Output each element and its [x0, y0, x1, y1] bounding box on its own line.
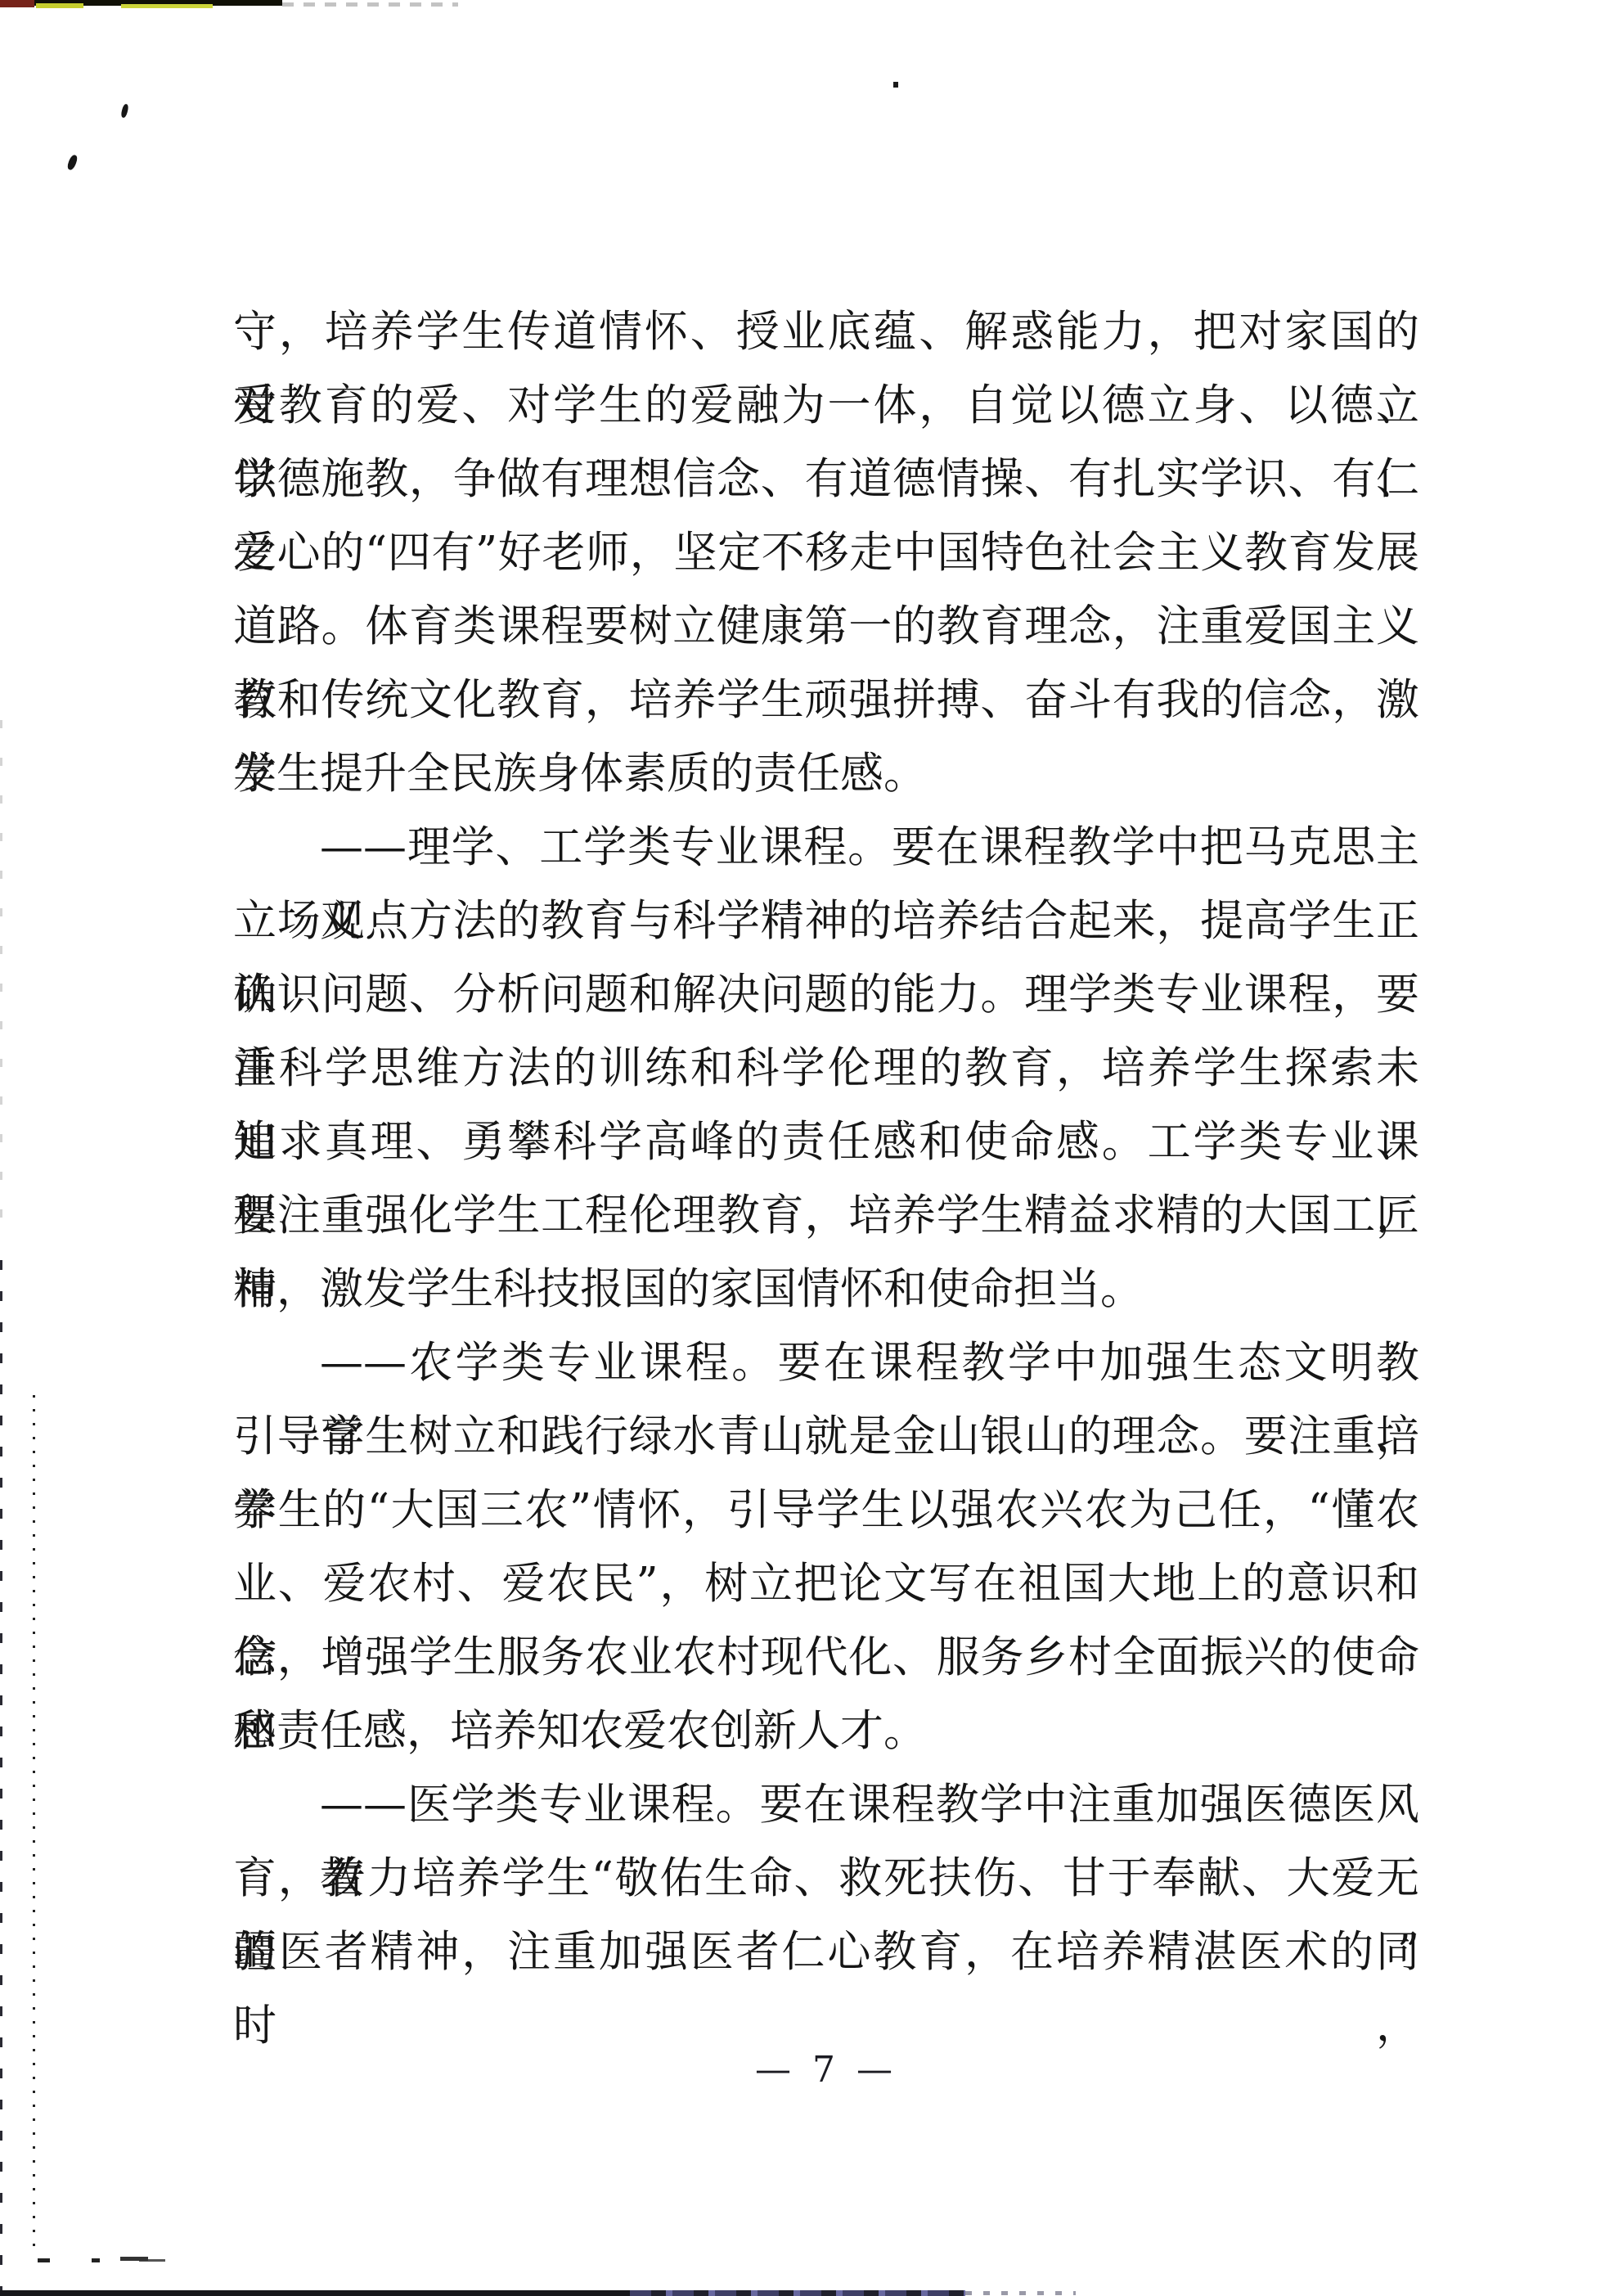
- text-line: 守，培养学生传道情怀、授业底蕴、解惑能力，把对家国的爱、: [233, 295, 1419, 369]
- scan-artifact-top-strip-yellow: [36, 3, 83, 8]
- text-line: 学生的“大国三农”情怀，引导学生以强农兴农为己任，“懂农: [233, 1474, 1419, 1547]
- text-line: 神，激发学生科技报国的家国情怀和使命担当。: [233, 1253, 1419, 1326]
- text-line: 学生提升全民族身体素质的责任感。: [233, 737, 1419, 811]
- text-line-paragraph-start: ——理学、工学类专业课程。要在课程教学中把马克思主义: [233, 811, 1419, 885]
- scan-artifact-top-strip-fade: [282, 2, 458, 7]
- text-line: 对教育的爱、对学生的爱融为一体，自觉以德立身、以德立学、: [233, 369, 1419, 443]
- scan-artifact-left-edge-dashes: [0, 720, 2, 1227]
- scanned-page: 守，培养学生传道情怀、授业底蕴、解惑能力，把对家国的爱、 对教育的爱、对学生的爱…: [0, 0, 1623, 2296]
- text-line: 育和传统文化教育，培养学生顽强拼搏、奋斗有我的信念，激发: [233, 664, 1419, 737]
- text-line: 育，着力培养学生“敬佑生命、救死扶伤、甘于奉献、大爱无疆”: [233, 1842, 1419, 1916]
- text-line: 之心的“四有”好老师，坚定不移走中国特色社会主义教育发展: [233, 516, 1419, 590]
- text-line: 以德施教，争做有理想信念、有道德情操、有扎实学识、有仁爱: [233, 443, 1419, 516]
- text-line-paragraph-start: ——农学类专业课程。要在课程教学中加强生态文明教育，: [233, 1326, 1419, 1400]
- ink-speck: [120, 103, 129, 118]
- text-line: 念，增强学生服务农业农村现代化、服务乡村全面振兴的使命感: [233, 1621, 1419, 1695]
- text-line-paragraph-start: ——医学类专业课程。要在课程教学中注重加强医德医风教: [233, 1768, 1419, 1842]
- text-line: 重科学思维方法的训练和科学伦理的教育，培养学生探索未知、: [233, 1032, 1419, 1105]
- body-text: 守，培养学生传道情怀、授业底蕴、解惑能力，把对家国的爱、 对教育的爱、对学生的爱…: [233, 295, 1419, 1989]
- scan-artifact-bottom-dash: [38, 2258, 50, 2262]
- scan-artifact-left-edge-dashes: [0, 1260, 2, 2296]
- ink-speck: [893, 82, 898, 88]
- ink-speck: [66, 154, 79, 171]
- scan-artifact-top-strip-red: [0, 0, 34, 7]
- scan-artifact-bottom-strip-noise: [630, 2290, 965, 2296]
- scan-artifact-dotted-fold-line: [33, 1395, 35, 2250]
- scan-artifact-bottom-strip: [0, 2290, 630, 2296]
- text-line: 要注重强化学生工程伦理教育，培养学生精益求精的大国工匠精: [233, 1179, 1419, 1253]
- text-line: 追求真理、勇攀科学高峰的责任感和使命感。工学类专业课程，: [233, 1105, 1419, 1179]
- scan-artifact-bottom-dash: [120, 2257, 148, 2261]
- text-line: 业、爱农村、爱农民”，树立把论文写在祖国大地上的意识和信: [233, 1547, 1419, 1621]
- scan-artifact-top-strip-yellow: [121, 4, 213, 8]
- text-line: 立场观点方法的教育与科学精神的培养结合起来，提高学生正确: [233, 885, 1419, 958]
- page-number: — 7 —: [233, 2046, 1419, 2095]
- text-line: 认识问题、分析问题和解决问题的能力。理学类专业课程，要注: [233, 958, 1419, 1032]
- text-line: 引导学生树立和践行绿水青山就是金山银山的理念。要注重培养: [233, 1400, 1419, 1474]
- text-line: 的医者精神，注重加强医者仁心教育，在培养精湛医术的同时，: [233, 1916, 1419, 1989]
- text-line: 道路。体育类课程要树立健康第一的教育理念，注重爱国主义教: [233, 590, 1419, 664]
- scan-artifact-bottom-dash: [92, 2258, 100, 2262]
- text-line: 和责任感，培养知农爱农创新人才。: [233, 1695, 1419, 1768]
- scan-artifact-bottom-strip-fade: [965, 2291, 1076, 2295]
